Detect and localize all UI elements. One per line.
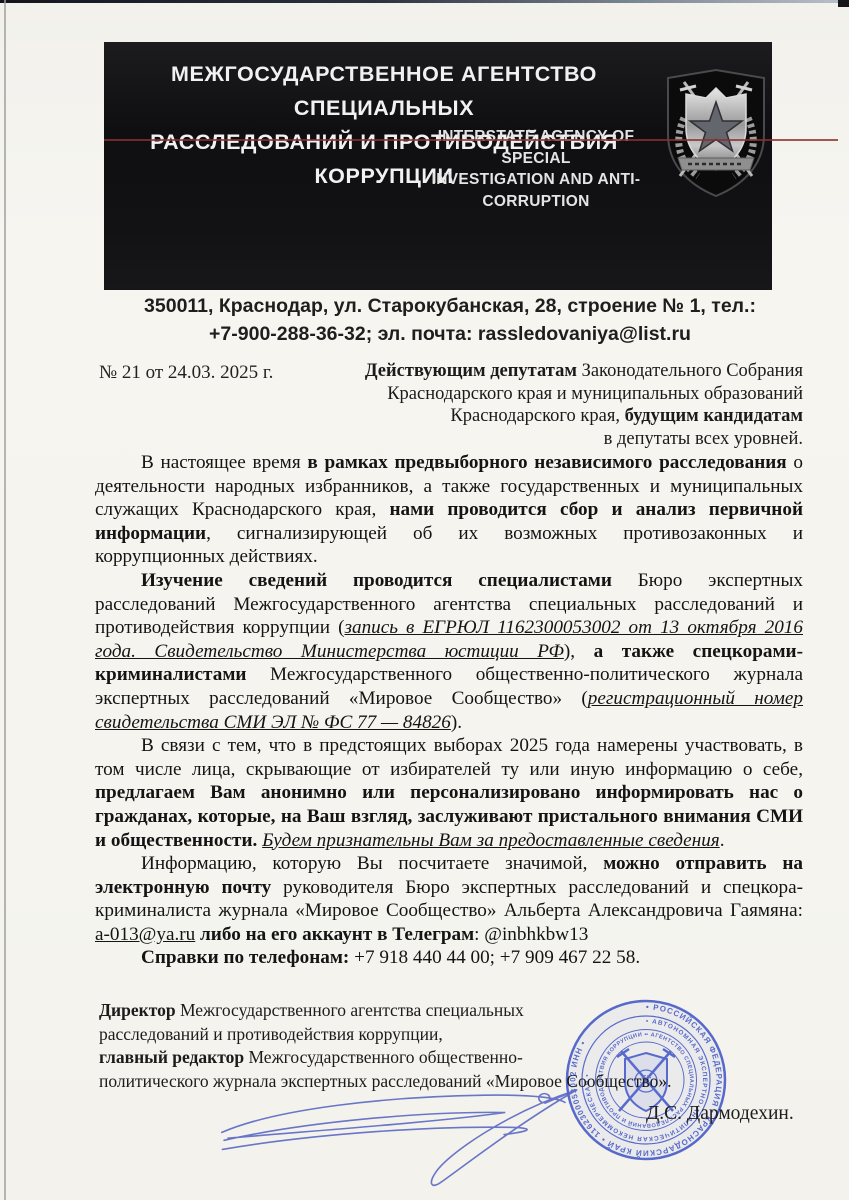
text-run: +7-900-288-36-32; эл. почта: rassledovan…	[209, 323, 691, 345]
text-run: Законодательного Собрания	[577, 361, 803, 381]
text-run: Информацию, которую Вы посчитаете значим…	[141, 853, 603, 874]
text-run: Директор	[99, 1000, 176, 1020]
text-run: будущим кандидатам	[625, 406, 803, 426]
text-run: ).	[451, 712, 462, 733]
text-run: в депутаты всех уровней.	[604, 429, 803, 449]
text-run: политического журнала экспертных расслед…	[99, 1071, 672, 1091]
text-run: INTERSTATE AGENCY OF SPECIAL	[438, 128, 635, 167]
text-run: : @inbhkbw13	[474, 924, 588, 945]
text-line: INTERSTATE AGENCY OF SPECIAL	[406, 126, 666, 169]
signatory-name: Д.С. Дармодехин.	[646, 1103, 794, 1125]
text-run: a-013@ya.ru	[95, 924, 195, 945]
text-line: Действующим депутатам Законодательного С…	[353, 360, 803, 383]
text-run: Действующим депутатам	[365, 361, 577, 381]
text-line: в депутаты всех уровней.	[353, 428, 803, 451]
contact-bar: 350011, Краснодар, ул. Старокубанская, 2…	[70, 292, 830, 348]
text-run: .	[720, 830, 725, 851]
text-run: +7 918 440 44 00; +7 909 467 22 58.	[349, 947, 640, 968]
text-run: Межгосударственного агентства специальны…	[176, 1000, 524, 1020]
text-run: Межгосударственного общественно-	[244, 1047, 523, 1067]
agency-crest-icon	[660, 66, 772, 200]
text-run: в рамках предвыборного независимого расс…	[307, 452, 786, 473]
addressee-block: Действующим депутатам Законодательного С…	[353, 360, 803, 450]
reference-number: № 21 от 24.03. 2025 г.	[99, 362, 273, 384]
text-run: Краснодарского края,	[450, 406, 624, 426]
text-run: Краснодарского края и муниципальных обра…	[387, 384, 803, 404]
letterhead-banner: МЕЖГОСУДАРСТВЕННОЕ АГЕНТСТВО СПЕЦИАЛЬНЫХ…	[104, 42, 772, 290]
text-line: Краснодарского края и муниципальных обра…	[353, 383, 803, 406]
body-paragraph-phones: Справки по телефонам: +7 918 440 44 00; …	[95, 946, 803, 970]
text-line: расследований и противодействия коррупци…	[99, 1023, 759, 1047]
text-line: CORRUPTION	[406, 191, 666, 213]
crest-ribbon	[678, 158, 754, 170]
text-run: CORRUPTION	[482, 193, 589, 210]
text-run: В настоящее время	[141, 452, 307, 473]
letter-body: В настоящее время в рамках предвыборного…	[95, 451, 803, 970]
text-line: политического журнала экспертных расслед…	[99, 1070, 759, 1094]
text-line: INVESTIGATION AND ANTI-	[406, 169, 666, 191]
signature-title-block: Директор Межгосударственного агентства с…	[99, 999, 759, 1093]
text-run: либо на его аккаунт в Телеграм	[200, 924, 474, 945]
page: { "colors": { "page_bg": "#f5f4ee", "ban…	[0, 0, 849, 1200]
text-line: 350011, Краснодар, ул. Старокубанская, 2…	[70, 292, 830, 320]
scan-artifact-top-strip	[0, 0, 849, 3]
text-line: Директор Межгосударственного агентства с…	[99, 999, 759, 1023]
text-run: главный редактор	[99, 1047, 244, 1067]
body-paragraph-1: В настоящее время в рамках предвыборного…	[95, 451, 803, 569]
text-run: Изучение сведений проводится специалиста…	[141, 570, 612, 591]
text-line: +7-900-288-36-32; эл. почта: rassledovan…	[70, 320, 830, 348]
text-run: ),	[564, 641, 594, 662]
red-rule-line	[104, 139, 838, 141]
text-line: МЕЖГОСУДАРСТВЕННОЕ АГЕНТСТВО СПЕЦИАЛЬНЫХ	[104, 57, 664, 125]
text-run: Справки по телефонам:	[141, 947, 349, 968]
text-line: главный редактор Межгосударственного общ…	[99, 1046, 759, 1070]
text-run: INVESTIGATION AND ANTI-	[432, 171, 641, 188]
text-run: МЕЖГОСУДАРСТВЕННОЕ АГЕНТСТВО СПЕЦИАЛЬНЫХ	[171, 62, 597, 120]
text-run: Будем признательны Вам за предоставленны…	[262, 830, 720, 851]
scan-artifact-corner-mark	[838, 0, 849, 7]
text-run: 350011, Краснодар, ул. Старокубанская, 2…	[144, 295, 756, 317]
text-line: Краснодарского края, будущим кандидатам	[353, 405, 803, 428]
text-run: В связи с тем, что в предстоящих выборах…	[95, 735, 803, 780]
body-paragraph-4: Информацию, которую Вы посчитаете значим…	[95, 852, 803, 946]
text-run: расследований и противодействия коррупци…	[99, 1024, 443, 1044]
body-paragraph-3: В связи с тем, что в предстоящих выборах…	[95, 734, 803, 852]
body-paragraph-2: Изучение сведений проводится специалиста…	[95, 569, 803, 734]
scan-artifact-left-edge-line	[4, 0, 6, 1200]
